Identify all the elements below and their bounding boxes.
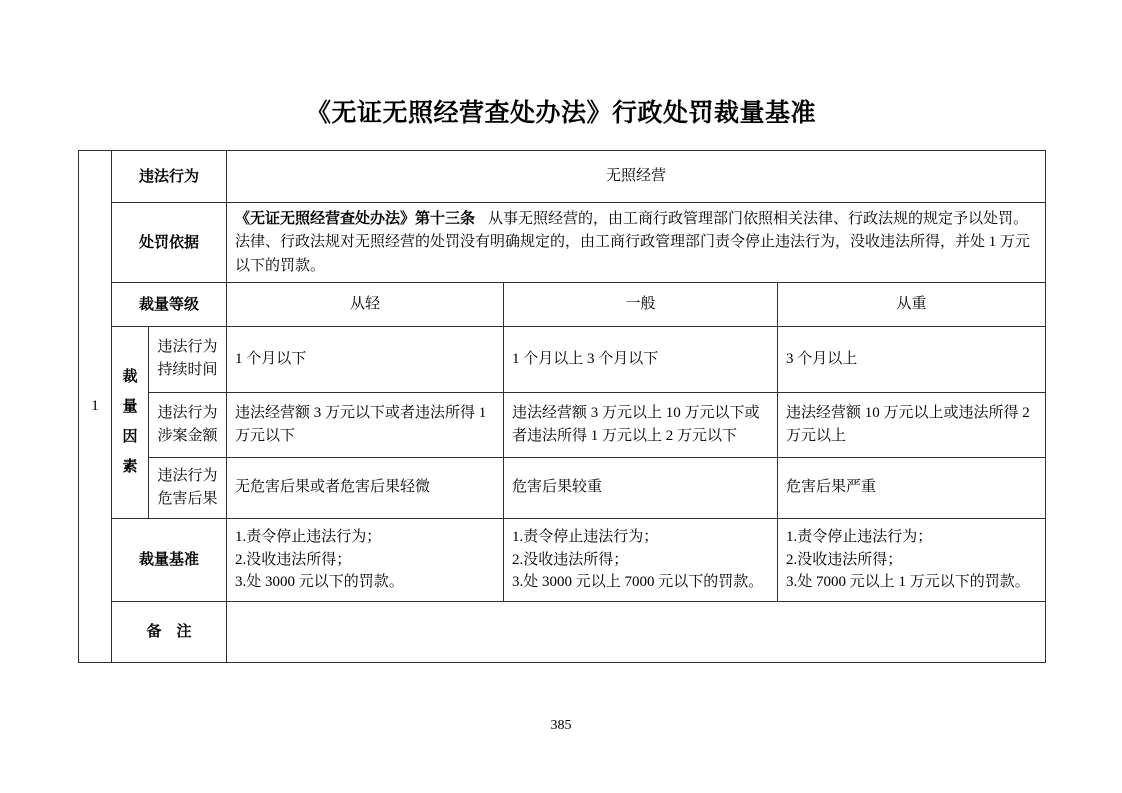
baseline-line: 2.没收违法所得；	[786, 549, 1037, 572]
violation-value-cell: 无照经营	[227, 151, 1046, 203]
grade-level-normal: 一般	[504, 282, 778, 326]
penalty-discretion-table: 1 违法行为 无照经营 处罚依据 《无证无照经营查处办法》第十三条从事无照经营的…	[78, 150, 1046, 663]
factor-duration-heavy-cell: 3 个月以上	[778, 326, 1046, 392]
factor-amount-name-cell: 违法行为 涉案金额	[149, 392, 227, 457]
factor-consequence-name-cell: 违法行为 危害后果	[149, 457, 227, 518]
factors-label-vertical: 裁量因素	[122, 362, 139, 482]
factor-duration-name-cell: 违法行为 持续时间	[149, 326, 227, 392]
baseline-line: 3.处 3000 元以上 7000 元以下的罚款。	[512, 571, 769, 594]
row-index-cell: 1	[79, 151, 112, 663]
baseline-line: 3.处 3000 元以下的罚款。	[235, 571, 495, 594]
page-number: 385	[0, 718, 1122, 734]
baseline-normal-cell: 1.责令停止违法行为； 2.没收违法所得； 3.处 3000 元以上 7000 …	[504, 518, 778, 601]
baseline-line: 2.没收违法所得；	[235, 549, 495, 572]
factor-consequence-normal-cell: 危害后果较重	[504, 457, 778, 518]
basis-article-lead: 《无证无照经营查处办法》第十三条	[235, 210, 475, 227]
baseline-label-cell: 裁量基准	[112, 518, 227, 601]
factor-consequence-heavy-cell: 危害后果严重	[778, 457, 1046, 518]
baseline-heavy-cell: 1.责令停止违法行为； 2.没收违法所得； 3.处 7000 元以上 1 万元以…	[778, 518, 1046, 601]
document-page: 《无证无照经营查处办法》行政处罚裁量基准 1 违法行为 无照经营 处罚依据 《无…	[0, 0, 1122, 793]
baseline-line: 1.责令停止违法行为；	[235, 526, 495, 549]
row-violation: 1 违法行为 无照经营	[79, 151, 1046, 203]
row-grade: 裁量等级 从轻 一般 从重	[79, 282, 1046, 326]
factor-name-line1: 违法行为	[157, 402, 218, 425]
row-basis: 处罚依据 《无证无照经营查处办法》第十三条从事无照经营的，由工商行政管理部门依照…	[79, 203, 1046, 283]
factor-amount-heavy-cell: 违法经营额 10 万元以上或违法所得 2 万元以上	[778, 392, 1046, 457]
baseline-line: 2.没收违法所得；	[512, 549, 769, 572]
factors-label-cell: 裁量因素	[112, 326, 149, 518]
baseline-light-cell: 1.责令停止违法行为； 2.没收违法所得； 3.处 3000 元以下的罚款。	[227, 518, 504, 601]
remark-label-cell: 备 注	[112, 601, 227, 662]
grade-level-light: 从轻	[227, 282, 504, 326]
row-factor-consequence: 违法行为 危害后果 无危害后果或者危害后果轻微 危害后果较重 危害后果严重	[79, 457, 1046, 518]
remark-value-cell	[227, 601, 1046, 662]
factor-duration-normal-cell: 1 个月以上 3 个月以下	[504, 326, 778, 392]
page-title: 《无证无照经营查处办法》行政处罚裁量基准	[0, 93, 1122, 129]
baseline-line: 1.责令停止违法行为；	[512, 526, 769, 549]
row-remark: 备 注	[79, 601, 1046, 662]
factor-duration-light-cell: 1 个月以下	[227, 326, 504, 392]
basis-value-cell: 《无证无照经营查处办法》第十三条从事无照经营的，由工商行政管理部门依照相关法律、…	[227, 203, 1046, 283]
grade-level-heavy: 从重	[778, 282, 1046, 326]
factor-amount-light-cell: 违法经营额 3 万元以下或者违法所得 1 万元以下	[227, 392, 504, 457]
basis-label-cell: 处罚依据	[112, 203, 227, 283]
row-factor-amount: 违法行为 涉案金额 违法经营额 3 万元以下或者违法所得 1 万元以下 违法经营…	[79, 392, 1046, 457]
factor-name-line2: 危害后果	[157, 488, 218, 511]
factor-amount-normal-cell: 违法经营额 3 万元以上 10 万元以下或者违法所得 1 万元以上 2 万元以下	[504, 392, 778, 457]
factor-name-line1: 违法行为	[157, 465, 218, 488]
factor-name-line2: 持续时间	[157, 359, 218, 382]
row-baseline: 裁量基准 1.责令停止违法行为； 2.没收违法所得； 3.处 3000 元以下的…	[79, 518, 1046, 601]
factor-name-line1: 违法行为	[157, 336, 218, 359]
baseline-line: 1.责令停止违法行为；	[786, 526, 1037, 549]
factor-name-line2: 涉案金额	[157, 425, 218, 448]
violation-label-cell: 违法行为	[112, 151, 227, 203]
factor-consequence-light-cell: 无危害后果或者危害后果轻微	[227, 457, 504, 518]
row-factor-duration: 裁量因素 违法行为 持续时间 1 个月以下 1 个月以上 3 个月以下 3 个月…	[79, 326, 1046, 392]
baseline-line: 3.处 7000 元以上 1 万元以下的罚款。	[786, 571, 1037, 594]
grade-label-cell: 裁量等级	[112, 282, 227, 326]
